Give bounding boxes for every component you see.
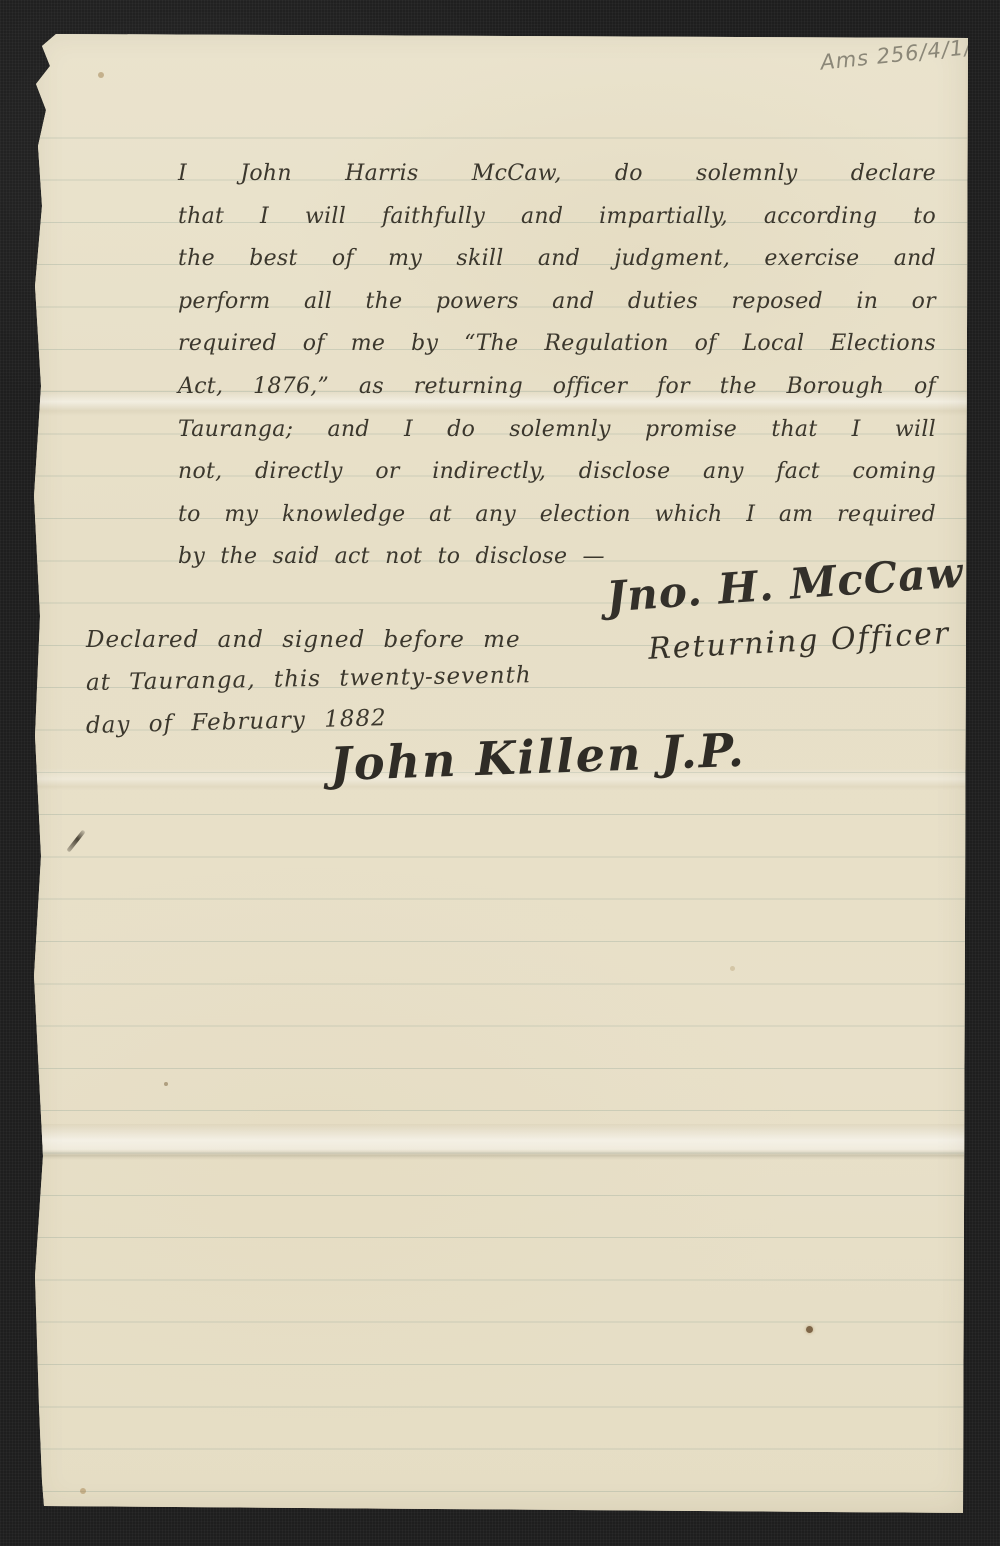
foxing-spot: [80, 1488, 86, 1494]
declaration-line: to my knowledge at any election which I …: [178, 494, 936, 537]
declaration-line: that I will faithfully and impartially, …: [178, 196, 936, 239]
declaration-line: perform all the powers and duties repose…: [178, 281, 936, 324]
declaration-line: Act, 1876,” as returning officer for the…: [178, 366, 936, 409]
attestation-text: Declared and signed before me at Taurang…: [86, 619, 532, 748]
declaration-line: I John Harris McCaw, do solemnly declare: [178, 153, 936, 196]
declaration-text: I John Harris McCaw, do solemnly declare…: [178, 153, 936, 579]
declaration-line: the best of my skill and judgment, exerc…: [178, 238, 936, 281]
declaration-line: not, directly or indirectly, disclose an…: [178, 451, 936, 494]
foxing-spot: [806, 1326, 813, 1333]
foxing-spot: [98, 72, 104, 78]
foxing-spot: [164, 1082, 168, 1086]
document-page: Ams 256/4/1/1 I John Harris McCaw, do so…: [30, 26, 970, 1516]
photo-background: Ams 256/4/1/1 I John Harris McCaw, do so…: [0, 0, 1000, 1546]
foxing-spot: [730, 966, 735, 971]
declaration-line: required of me by “The Regulation of Loc…: [178, 323, 936, 366]
declaration-line: Tauranga; and I do solemnly promise that…: [178, 409, 936, 452]
